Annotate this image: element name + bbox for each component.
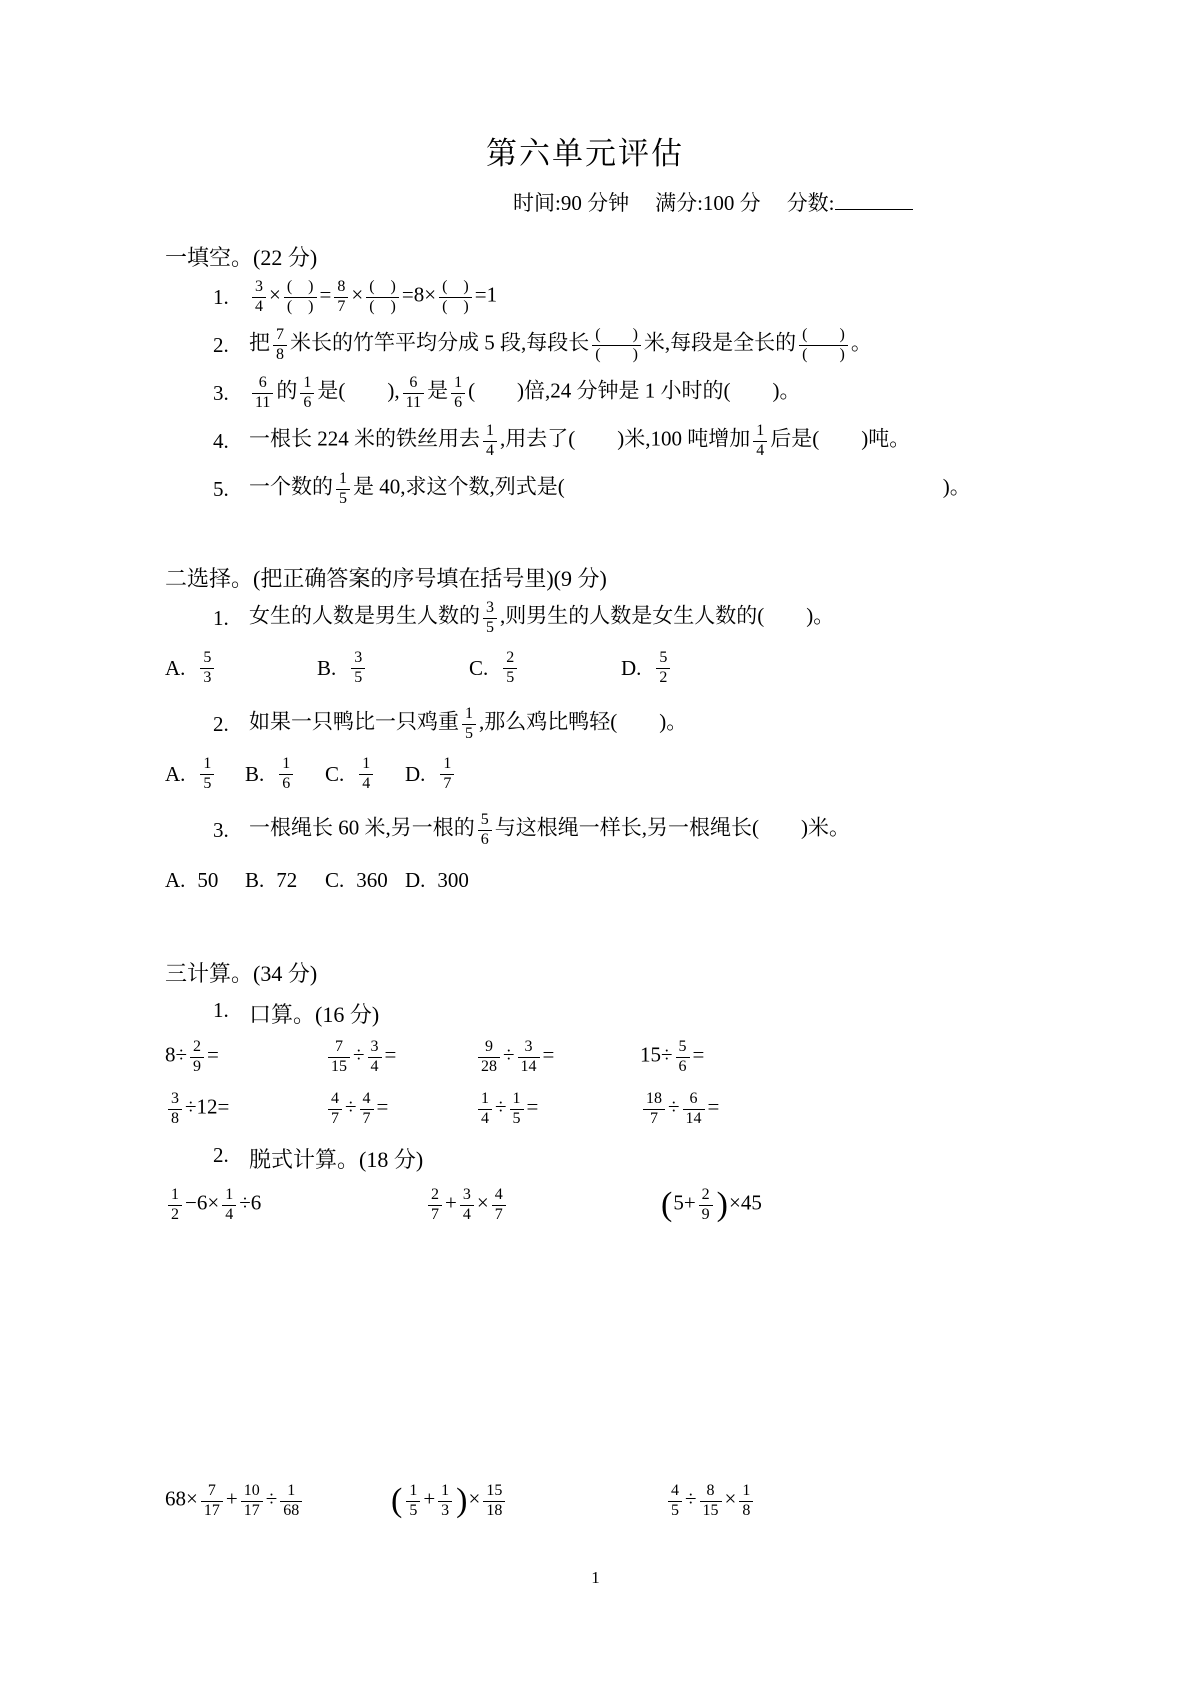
stepwise-expression: 45÷815×18 (665, 1482, 756, 1520)
fraction: 14 (222, 1186, 236, 1224)
fraction: 56 (478, 811, 492, 849)
item-number: 2. (213, 712, 249, 737)
oral-expression: 715÷34= (325, 1038, 475, 1076)
fraction: 29 (699, 1186, 713, 1224)
stepwise-row-2: 68×717+1017÷168 (15+13)×1518 45÷815×18 (165, 1476, 965, 1526)
oral-expression: 47÷47= (325, 1090, 475, 1128)
item-number: 4. (213, 429, 249, 454)
oral-expression: 14÷15= (475, 1090, 640, 1128)
option-a: A.50 (165, 868, 245, 893)
option-label: A. (165, 868, 185, 893)
option-label: C. (469, 656, 488, 681)
fraction: 187 (643, 1090, 665, 1128)
choice-1-options: A.53 B.35 C.25 D.52 (165, 645, 965, 691)
option-label: B. (317, 656, 336, 681)
fraction: 29 (190, 1038, 204, 1076)
oral-expression: 15÷56= (640, 1038, 704, 1076)
oral-row-1: 8÷29= 715÷34= 928÷314= 15÷56= (165, 1033, 965, 1081)
item-number: 2. (213, 333, 249, 358)
time-limit: 时间:90 分钟 (513, 187, 629, 217)
choice-item-2: 2. 如果一只鸭比一只鸡重15,那么鸡比鸭轻( )。 (165, 701, 965, 747)
stepwise-calc-header: 2. 脱式计算。(18 分) (165, 1143, 965, 1174)
item-number: 3. (213, 818, 249, 843)
fraction: 614 (683, 1090, 705, 1128)
option-a: A.15 (165, 755, 245, 793)
option-c: C.360 (325, 868, 405, 893)
score-blank (835, 187, 913, 210)
test-paper-page: 第六单元评估 时间:90 分钟 满分:100 分 分数: 一填空。(22 分) … (0, 0, 1191, 1684)
fraction: 815 (700, 1482, 722, 1520)
fraction: 17 (440, 755, 454, 793)
fill-item-1: 1. 34×( )( )=87×( )( )=8×( )( )=1 (165, 274, 965, 320)
big-paren: ) (456, 1484, 467, 1518)
item-text: 如果一只鸭比一只鸡重15,那么鸡比鸭轻( )。 (249, 705, 687, 743)
choice-item-3: 3. 一根绳长 60 米,另一根的56与这根绳一样长,另一根绳长( )米。 (165, 807, 965, 853)
oral-expression: 187÷614= (640, 1090, 719, 1128)
fraction: ( )( ) (592, 326, 641, 364)
fraction: ( )( ) (366, 278, 399, 316)
option-label: D. (405, 762, 425, 787)
fraction: 78 (273, 326, 287, 364)
item-text: 一根绳长 60 米,另一根的56与这根绳一样长,另一根绳长( )米。 (249, 811, 850, 849)
fraction: 47 (492, 1186, 506, 1224)
fraction: 34 (460, 1186, 474, 1224)
option-value: 17 (437, 755, 457, 793)
fraction: 928 (478, 1038, 500, 1076)
option-c: C.14 (325, 755, 405, 793)
item-text: 611的16是( ),611是16( )倍,24 分钟是 1 小时的( )。 (249, 374, 801, 412)
item-text: 一个数的15是 40,求这个数,列式是( )。 (249, 470, 971, 508)
item-number: 1. (213, 998, 249, 1029)
fill-item-4: 4. 一根长 224 米的铁丝用去14,用去了( )米,100 吨增加14后是(… (165, 418, 965, 464)
big-paren: ) (717, 1188, 728, 1222)
option-label: B. (245, 868, 264, 893)
fraction: 56 (676, 1038, 690, 1076)
full-score: 满分:100 分 (655, 187, 761, 217)
fraction: 16 (279, 755, 293, 793)
item-text: 女生的人数是男生人数的35,则男生的人数是女生人数的( )。 (249, 599, 834, 637)
item-number: 1. (213, 285, 249, 310)
section2-header: 二选择。(把正确答案的序号填在括号里)(9 分) (165, 562, 965, 593)
big-paren: ( (391, 1484, 402, 1518)
fraction: 35 (351, 649, 365, 687)
fraction: ( )( ) (799, 326, 848, 364)
section1-header: 一填空。(22 分) (165, 241, 965, 272)
paper-title: 第六单元评估 (195, 128, 975, 173)
score-label: 分数: (787, 191, 835, 215)
fraction: 717 (201, 1482, 223, 1520)
choice-3-options: A.50 B.72 C.360 D.300 (165, 857, 965, 903)
stepwise-expression: 68×717+1017÷168 (165, 1482, 390, 1520)
page-number: 1 (0, 1568, 1191, 1588)
fraction: 47 (328, 1090, 342, 1128)
oral-expression: 928÷314= (475, 1038, 640, 1076)
fraction: 14 (753, 422, 767, 460)
fraction: 314 (518, 1038, 540, 1076)
option-value: 50 (197, 868, 218, 893)
option-value: 360 (356, 868, 388, 893)
fill-item-2: 2. 把78米长的竹竿平均分成 5 段,每段长( )( )米,每段是全长的( )… (165, 322, 965, 368)
paper-content: 第六单元评估 时间:90 分钟 满分:100 分 分数: 一填空。(22 分) … (165, 128, 965, 1532)
option-c: C.25 (469, 649, 621, 687)
stepwise-expression: 12−6×14÷6 (165, 1186, 425, 1224)
fraction: 34 (252, 278, 266, 316)
option-b: B.35 (317, 649, 469, 687)
fraction: 1518 (483, 1482, 505, 1520)
item-number: 1. (213, 606, 249, 631)
item-number: 5. (213, 477, 249, 502)
section3-header: 三计算。(34 分) (165, 957, 965, 988)
fraction: 53 (200, 649, 214, 687)
option-b: B.16 (245, 755, 325, 793)
fraction: 35 (483, 599, 497, 637)
fraction: 15 (336, 470, 350, 508)
option-label: C. (325, 868, 344, 893)
stepwise-expression: 27+34×47 (425, 1186, 660, 1224)
fraction: 14 (359, 755, 373, 793)
option-value: 35 (348, 649, 368, 687)
stepwise-calc-label: 脱式计算。(18 分) (249, 1143, 423, 1174)
fraction: 168 (280, 1482, 302, 1520)
fraction: 1017 (241, 1482, 263, 1520)
option-label: A. (165, 656, 185, 681)
fraction: 611 (403, 374, 424, 412)
paper-subtitle: 时间:90 分钟 满分:100 分 分数: (513, 187, 965, 217)
option-value: 15 (197, 755, 217, 793)
option-b: B.72 (245, 868, 325, 893)
option-d: D.17 (405, 755, 485, 793)
fraction: 14 (483, 422, 497, 460)
option-d: D.300 (405, 868, 485, 893)
fraction: 27 (428, 1186, 442, 1224)
option-value: 300 (437, 868, 469, 893)
fraction: 16 (300, 374, 314, 412)
option-value: 14 (356, 755, 376, 793)
fraction: 52 (656, 649, 670, 687)
fraction: 715 (328, 1038, 350, 1076)
option-label: B. (245, 762, 264, 787)
choice-item-1: 1. 女生的人数是男生人数的35,则男生的人数是女生人数的( )。 (165, 595, 965, 641)
fraction: 47 (360, 1090, 374, 1128)
oral-expression: 8÷29= (165, 1038, 325, 1076)
item-number: 2. (213, 1143, 249, 1174)
option-value: 72 (276, 868, 297, 893)
fraction: 18 (739, 1482, 753, 1520)
fraction: 14 (478, 1090, 492, 1128)
big-paren: ( (661, 1188, 672, 1222)
option-label: A. (165, 762, 185, 787)
fraction: 45 (668, 1482, 682, 1520)
fill-item-5: 5. 一个数的15是 40,求这个数,列式是( )。 (165, 466, 965, 512)
option-value: 16 (276, 755, 296, 793)
fraction: 15 (462, 705, 476, 743)
fraction: 15 (200, 755, 214, 793)
item-text: 34×( )( )=87×( )( )=8×( )( )=1 (249, 278, 497, 316)
fraction: 34 (368, 1038, 382, 1076)
stepwise-expression: (5+29)×45 (660, 1186, 762, 1224)
fraction: 12 (168, 1186, 182, 1224)
oral-row-2: 38÷12= 47÷47= 14÷15= 187÷614= (165, 1085, 965, 1133)
fraction: 611 (252, 374, 273, 412)
score-field: 分数: (787, 187, 913, 217)
fraction: 13 (438, 1482, 452, 1520)
fraction: 87 (334, 278, 348, 316)
option-label: C. (325, 762, 344, 787)
fraction: 38 (168, 1090, 182, 1128)
fraction: 15 (510, 1090, 524, 1128)
fraction: 25 (503, 649, 517, 687)
option-a: A.53 (165, 649, 317, 687)
option-label: D. (405, 868, 425, 893)
option-d: D.52 (621, 649, 773, 687)
option-value: 25 (500, 649, 520, 687)
item-text: 一根长 224 米的铁丝用去14,用去了( )米,100 吨增加14后是( )吨… (249, 422, 910, 460)
item-text: 把78米长的竹竿平均分成 5 段,每段长( )( )米,每段是全长的( )( )… (249, 326, 872, 364)
option-value: 53 (197, 649, 217, 687)
fill-item-3: 3. 611的16是( ),611是16( )倍,24 分钟是 1 小时的( )… (165, 370, 965, 416)
fraction: ( )( ) (284, 278, 317, 316)
oral-calc-header: 1. 口算。(16 分) (165, 998, 965, 1029)
fraction: 15 (406, 1482, 420, 1520)
stepwise-row-1: 12−6×14÷6 27+34×47 (5+29)×45 (165, 1180, 965, 1230)
choice-2-options: A.15 B.16 C.14 D.17 (165, 751, 965, 797)
option-value: 52 (653, 649, 673, 687)
oral-calc-label: 口算。(16 分) (249, 998, 379, 1029)
fraction: 16 (451, 374, 465, 412)
fraction: ( )( ) (439, 278, 472, 316)
item-number: 3. (213, 381, 249, 406)
option-label: D. (621, 656, 641, 681)
stepwise-expression: (15+13)×1518 (390, 1482, 665, 1520)
oral-expression: 38÷12= (165, 1090, 325, 1128)
